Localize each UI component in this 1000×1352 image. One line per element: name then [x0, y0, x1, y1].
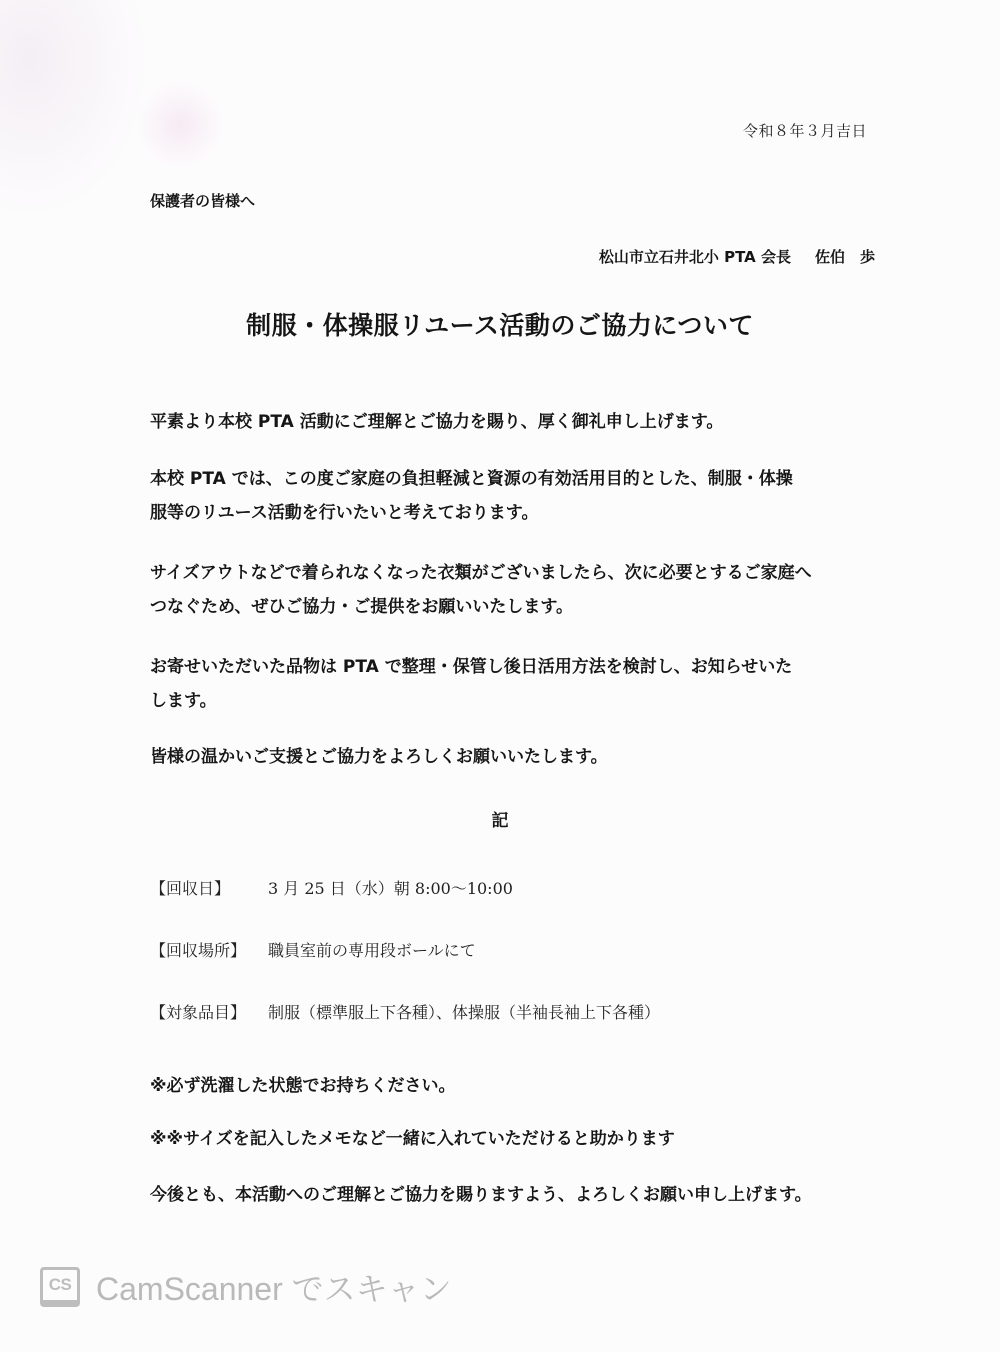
paragraph-line: つなぐため、ぜひご協力・ご提供をお願いいたします。 [150, 590, 880, 624]
paragraph-thanks: 皆様の温かいご支援とご協力をよろしくお願いいたします。 [150, 740, 880, 774]
document-title: 制服・体操服リユース活動のご協力について [0, 306, 1000, 342]
ki-heading: 記 [0, 806, 1000, 831]
paragraph-line: サイズアウトなどで着られなくなった衣類がございましたら、次に必要とするご家庭へ [150, 556, 880, 590]
paragraph-line: 平素より本校 PTA 活動にご理解とご協力を賜り、厚く御礼申し上げます。 [150, 405, 880, 439]
detail-label: 【対象品目】 [150, 1000, 268, 1023]
addressee: 保護者の皆様へ [150, 190, 255, 211]
paragraph-line: 皆様の温かいご支援とご協力をよろしくお願いいたします。 [150, 740, 880, 774]
sender-name: 佐伯 歩 [815, 248, 875, 266]
detail-target-items: 【対象品目】制服（標準服上下各種）、体操服（半袖長袖上下各種） [150, 1000, 660, 1023]
watermark-text: CamScanner でスキャン [96, 1264, 452, 1310]
paragraph-line: します。 [150, 684, 880, 718]
detail-label: 【回収場所】 [150, 938, 268, 961]
paragraph-handling: お寄せいただいた品物は PTA で整理・保管し後日活用方法を検討し、お知らせいた… [150, 650, 880, 718]
detail-value: 制服（標準服上下各種）、体操服（半袖長袖上下各種） [268, 1003, 660, 1022]
camscanner-logo-icon: CS [40, 1267, 80, 1307]
closing-remark: 今後とも、本活動へのご理解とご協力を賜りますよう、よろしくお願い申し上げます。 [150, 1180, 812, 1205]
paragraph-line: 本校 PTA では、この度ご家庭の負担軽減と資源の有効活用目的とした、制服・体操 [150, 462, 880, 496]
note-size-memo: ※※サイズを記入したメモなど一緒に入れていただけると助かります [150, 1124, 675, 1149]
paragraph-greeting: 平素より本校 PTA 活動にご理解とご協力を賜り、厚く御礼申し上げます。 [150, 405, 880, 439]
paragraph-line: 服等のリユース活動を行いたいと考えております。 [150, 496, 880, 530]
detail-collection-place: 【回収場所】職員室前の専用段ボールにて [150, 938, 476, 961]
sender: 松山市立石井北小 PTA 会長佐伯 歩 [599, 246, 875, 267]
paragraph-request: サイズアウトなどで着られなくなった衣類がございましたら、次に必要とするご家庭へ … [150, 556, 880, 624]
document-date: 令和８年３月吉日 [743, 120, 867, 141]
note-wash: ※必ず洗濯した状態でお持ちください。 [150, 1071, 456, 1096]
paragraph-purpose: 本校 PTA では、この度ご家庭の負担軽減と資源の有効活用目的とした、制服・体操… [150, 462, 880, 530]
camscanner-watermark: CS CamScanner でスキャン [40, 1264, 452, 1310]
scanned-document-page: 令和８年３月吉日 保護者の皆様へ 松山市立石井北小 PTA 会長佐伯 歩 制服・… [0, 0, 1000, 1352]
sender-organization: 松山市立石井北小 PTA 会長 [599, 248, 791, 266]
detail-value: 職員室前の専用段ボールにて [268, 941, 476, 960]
detail-collection-date: 【回収日】3 月 25 日（水）朝 8:00〜10:00 [150, 876, 513, 899]
paragraph-line: お寄せいただいた品物は PTA で整理・保管し後日活用方法を検討し、お知らせいた [150, 650, 880, 684]
detail-label: 【回収日】 [150, 876, 268, 899]
detail-value: 3 月 25 日（水）朝 8:00〜10:00 [268, 879, 513, 898]
